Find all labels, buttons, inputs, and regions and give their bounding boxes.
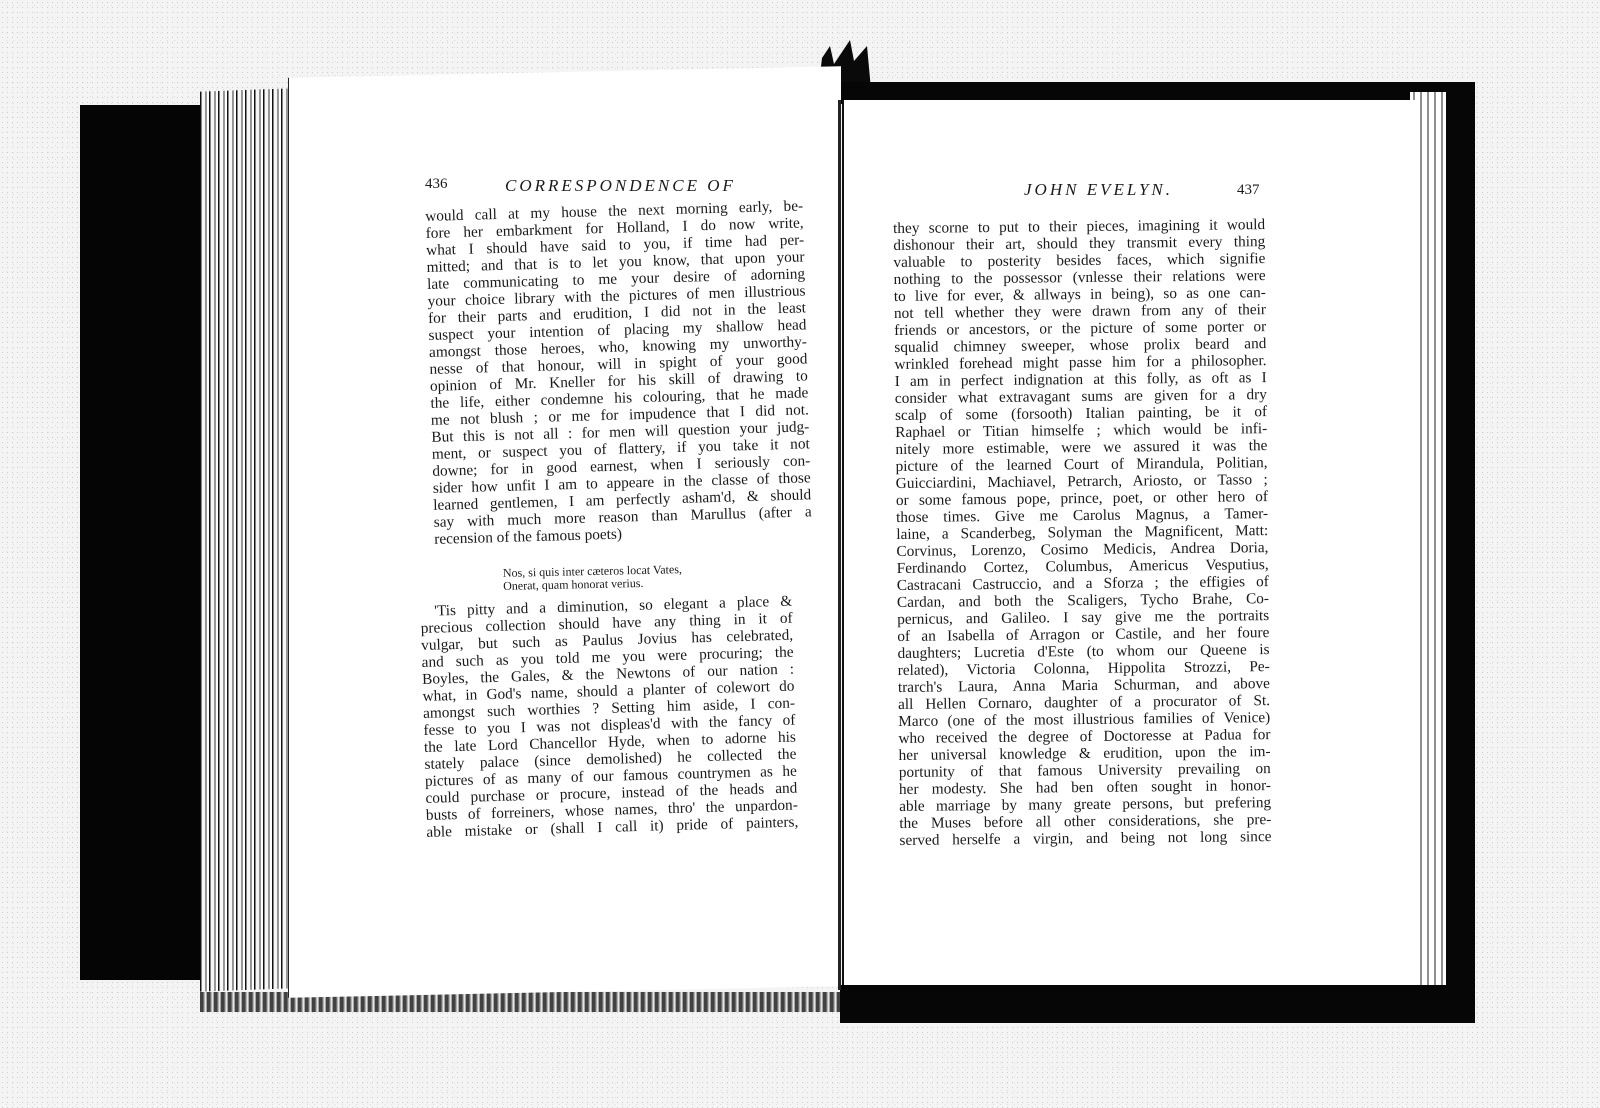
left-paragraph-2: 'Tis pitty and a diminution, so elegant … xyxy=(420,593,799,841)
right-running-head: JOHN EVELYN. xyxy=(1024,180,1173,200)
right-paragraph: they scorne to put to their pieces, imag… xyxy=(893,216,1272,849)
latin-verse-quote: Nos, si quis inter cæteros locat Vates,O… xyxy=(503,563,683,593)
book-gutter xyxy=(838,100,841,990)
page-edges-left xyxy=(200,88,290,991)
book-cover-bottom-right xyxy=(840,985,1475,1023)
right-page-number: 437 xyxy=(1237,182,1260,199)
left-page-number: 436 xyxy=(425,176,448,193)
left-running-head: CORRESPONDENCE OF xyxy=(505,176,736,196)
left-paragraph-1: would call at my house the next morning … xyxy=(425,197,812,547)
